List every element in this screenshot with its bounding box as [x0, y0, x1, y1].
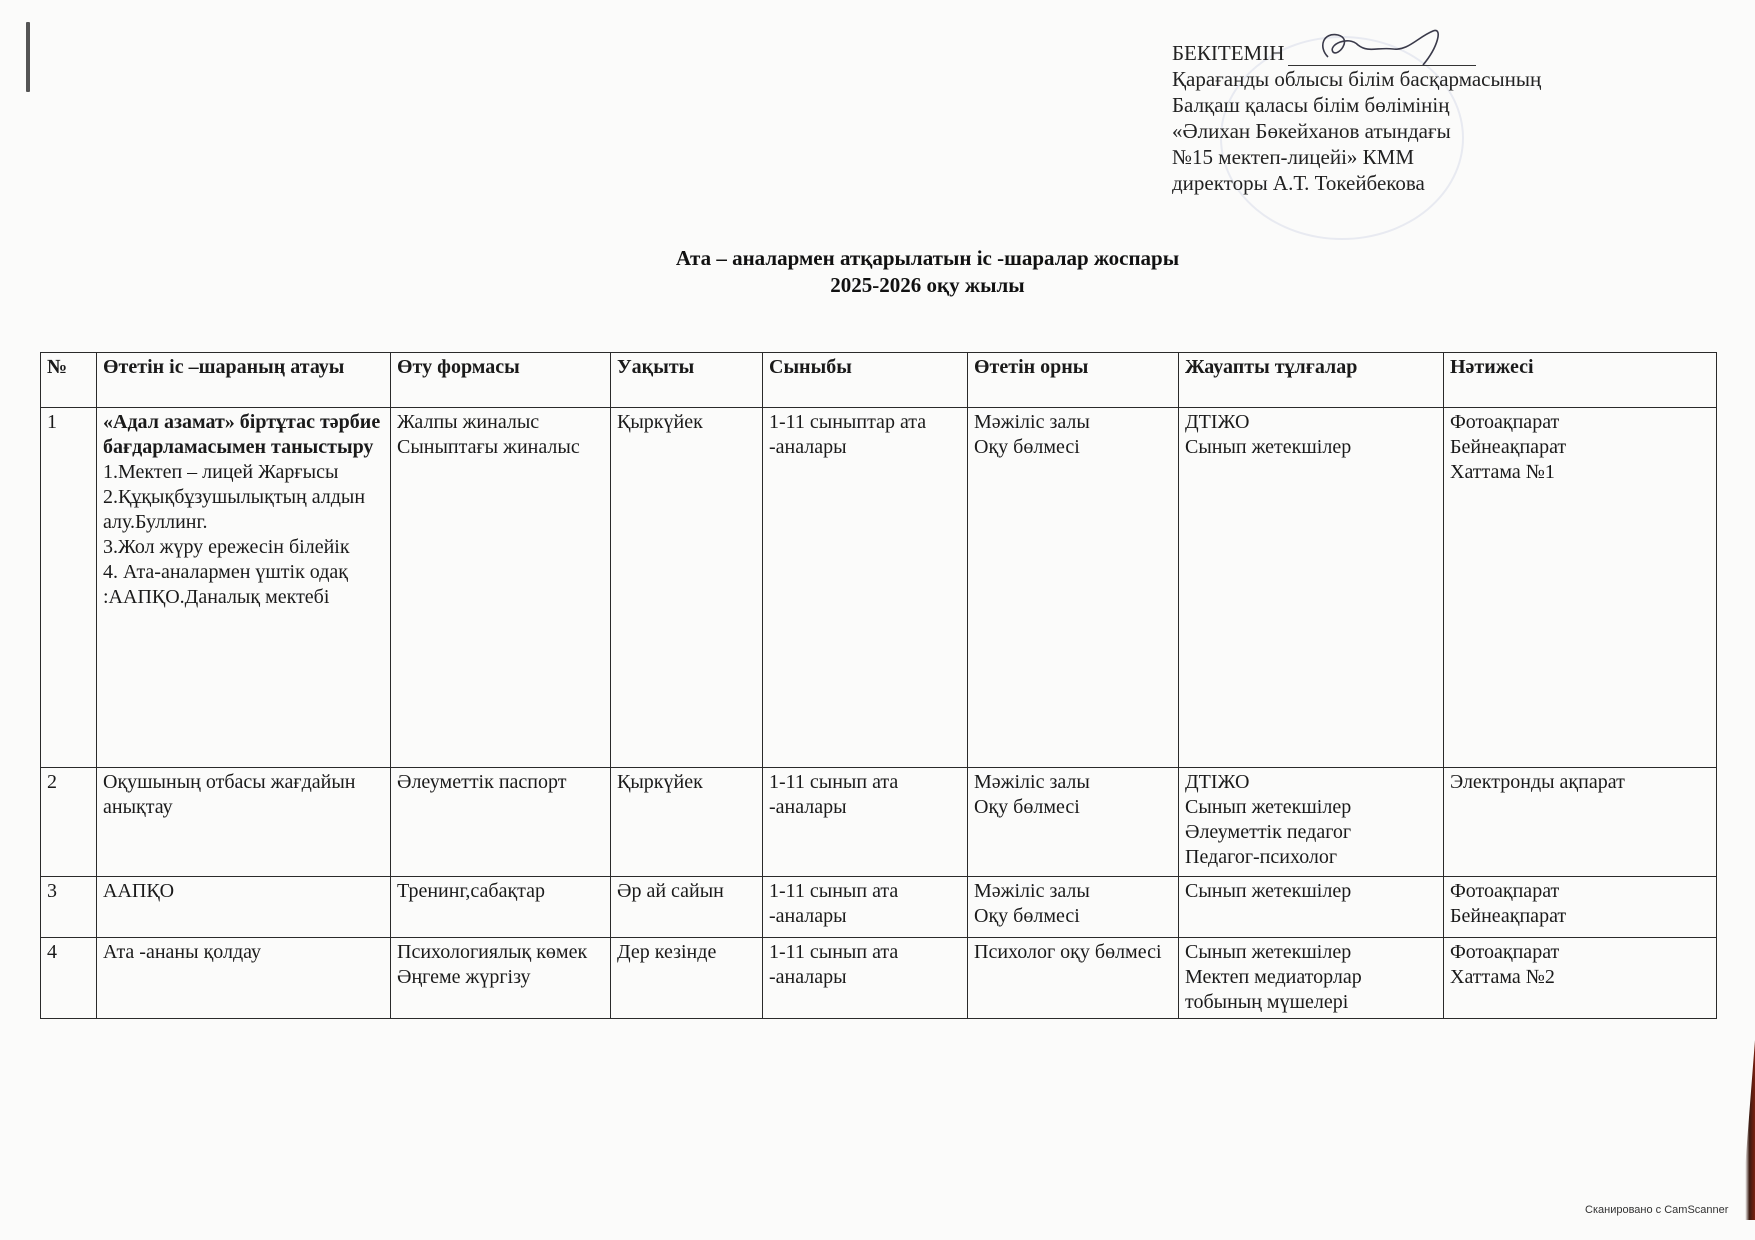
header-number: №	[41, 353, 97, 408]
result-item: Бейнеақпарат	[1450, 904, 1710, 929]
table-row: 2 Оқушының отбасы жағдайын анықтау Әлеум…	[41, 768, 1717, 877]
title-line-1: Ата – аналармен атқарылатын іс -шаралар …	[100, 245, 1755, 272]
cell-number: 4	[41, 938, 97, 1019]
result-item: Фотоақпарат	[1450, 940, 1710, 965]
result-item: Хаттама №2	[1450, 965, 1710, 990]
event-item: 3.Жол жүру ережесін білейік	[103, 535, 384, 560]
place-item: Оқу бөлмесі	[974, 435, 1172, 460]
cell-form: Тренинг,сабақтар	[391, 877, 611, 938]
form-item: Психологиялық көмек	[397, 940, 604, 965]
cell-event: Оқушының отбасы жағдайын анықтау	[97, 768, 391, 877]
cell-result: Фотоақпарат Хаттама №2	[1444, 938, 1717, 1019]
event-item: ААПҚО	[103, 879, 384, 904]
result-item: Фотоақпарат	[1450, 410, 1710, 435]
responsible-item: ДТІЖО	[1185, 770, 1437, 795]
form-item: Жалпы жиналыс	[397, 410, 604, 435]
responsible-item: Мектеп медиаторлар тобының мүшелері	[1185, 965, 1437, 1015]
approval-line: «Әлихан Бөкейханов атындағы	[1172, 118, 1541, 144]
cell-place: Психолог оқу бөлмесі	[968, 938, 1179, 1019]
responsible-item: Сынып жетекшілер	[1185, 940, 1437, 965]
cell-event: «Адал азамат» біртұтас тәрбие бағдарлама…	[97, 408, 391, 768]
cell-number: 1	[41, 408, 97, 768]
header-form: Өту формасы	[391, 353, 611, 408]
signature-icon	[1298, 27, 1468, 67]
cell-time: Қыркүйек	[611, 768, 763, 877]
event-title: «Адал азамат» біртұтас тәрбие бағдарлама…	[103, 410, 384, 460]
cell-number: 3	[41, 877, 97, 938]
table-row: 4 Ата -ананы қолдау Психологиялық көмек …	[41, 938, 1717, 1019]
binding-mark	[26, 22, 30, 92]
header-place: Өтетін орны	[968, 353, 1179, 408]
cell-place: Мәжіліс залы Оқу бөлмесі	[968, 768, 1179, 877]
cell-form: Жалпы жиналыс Сыныптағы жиналыс	[391, 408, 611, 768]
signature-line	[1288, 43, 1476, 66]
event-item: 1.Мектеп – лицей Жарғысы	[103, 460, 384, 485]
cell-number: 2	[41, 768, 97, 877]
cell-result: Фотоақпарат Бейнеақпарат Хаттама №1	[1444, 408, 1717, 768]
responsible-item: Сынып жетекшілер	[1185, 795, 1437, 820]
place-item: Оқу бөлмесі	[974, 795, 1172, 820]
header-class: Сыныбы	[763, 353, 968, 408]
event-item: Ата -ананы қолдау	[103, 940, 384, 965]
cell-responsible: ДТІЖО Сынып жетекшілер Әлеуметтік педаго…	[1179, 768, 1444, 877]
responsible-item: Әлеуметтік педагог	[1185, 820, 1437, 845]
cell-time: Әр ай сайын	[611, 877, 763, 938]
cell-time: Дер кезінде	[611, 938, 763, 1019]
cell-time: Қыркүйек	[611, 408, 763, 768]
cell-result: Фотоақпарат Бейнеақпарат	[1444, 877, 1717, 938]
cell-class: 1-11 сынып ата -аналары	[763, 768, 968, 877]
cell-responsible: Сынып жетекшілер Мектеп медиаторлар тобы…	[1179, 938, 1444, 1019]
page-edge-shadow	[1741, 1040, 1755, 1220]
place-item: Мәжіліс залы	[974, 879, 1172, 904]
approval-heading: БЕКІТЕМІН	[1172, 40, 1284, 66]
cell-form: Психологиялық көмек Әңгеме жүргізу	[391, 938, 611, 1019]
form-item: Сыныптағы жиналыс	[397, 435, 604, 460]
header-result: Нәтижесі	[1444, 353, 1717, 408]
events-plan-table: № Өтетін іс –шараның атауы Өту формасы У…	[40, 352, 1717, 1019]
header-event-name: Өтетін іс –шараның атауы	[97, 353, 391, 408]
header-responsible: Жауапты тұлғалар	[1179, 353, 1444, 408]
responsible-item: Сынып жетекшілер	[1185, 879, 1437, 904]
form-item: Әлеуметтік паспорт	[397, 770, 604, 795]
cell-class: 1-11 сынып ата -аналары	[763, 938, 968, 1019]
approval-line: директоры А.Т. Токейбекова	[1172, 170, 1541, 196]
document-title: Ата – аналармен атқарылатын іс -шаралар …	[0, 245, 1755, 299]
cell-class: 1-11 сыныптар ата -аналары	[763, 408, 968, 768]
title-line-2: 2025-2026 оқу жылы	[100, 272, 1755, 299]
table-row: 1 «Адал азамат» біртұтас тәрбие бағдарла…	[41, 408, 1717, 768]
place-item: Мәжіліс залы	[974, 410, 1172, 435]
header-time: Уақыты	[611, 353, 763, 408]
result-item: Бейнеақпарат	[1450, 435, 1710, 460]
table-row: 3 ААПҚО Тренинг,сабақтар Әр ай сайын 1-1…	[41, 877, 1717, 938]
result-item: Электронды ақпарат	[1450, 770, 1710, 795]
approval-heading-row: БЕКІТЕМІН	[1172, 40, 1541, 66]
responsible-item: ДТІЖО	[1185, 410, 1437, 435]
cell-responsible: Сынып жетекшілер	[1179, 877, 1444, 938]
form-item: Тренинг,сабақтар	[397, 879, 604, 904]
approval-block: БЕКІТЕМІН Қарағанды облысы білім басқарм…	[1172, 40, 1541, 196]
cell-class: 1-11 сынып ата -аналары	[763, 877, 968, 938]
place-item: Психолог оқу бөлмесі	[974, 940, 1172, 965]
cell-event: Ата -ананы қолдау	[97, 938, 391, 1019]
scanner-watermark: Сканировано с CamScanner	[1585, 1204, 1728, 1216]
form-item: Әңгеме жүргізу	[397, 965, 604, 990]
cell-form: Әлеуметтік паспорт	[391, 768, 611, 877]
responsible-item: Педагог-психолог	[1185, 845, 1437, 870]
event-item: 2.Құқықбұзушылықтың алдын алу.Буллинг.	[103, 485, 384, 535]
cell-event: ААПҚО	[97, 877, 391, 938]
approval-line: Қарағанды облысы білім басқармасының	[1172, 66, 1541, 92]
cell-result: Электронды ақпарат	[1444, 768, 1717, 877]
event-item: 4. Ата-аналармен үштік одақ :ААПҚО.Данал…	[103, 560, 384, 610]
place-item: Оқу бөлмесі	[974, 904, 1172, 929]
responsible-item: Сынып жетекшілер	[1185, 435, 1437, 460]
result-item: Хаттама №1	[1450, 460, 1710, 485]
cell-responsible: ДТІЖО Сынып жетекшілер	[1179, 408, 1444, 768]
cell-place: Мәжіліс залы Оқу бөлмесі	[968, 408, 1179, 768]
result-item: Фотоақпарат	[1450, 879, 1710, 904]
table-header-row: № Өтетін іс –шараның атауы Өту формасы У…	[41, 353, 1717, 408]
place-item: Мәжіліс залы	[974, 770, 1172, 795]
cell-place: Мәжіліс залы Оқу бөлмесі	[968, 877, 1179, 938]
event-item: Оқушының отбасы жағдайын анықтау	[103, 770, 384, 820]
approval-line: №15 мектеп-лицейі» КММ	[1172, 144, 1541, 170]
approval-line: Балқаш қаласы білім бөлімінің	[1172, 92, 1541, 118]
